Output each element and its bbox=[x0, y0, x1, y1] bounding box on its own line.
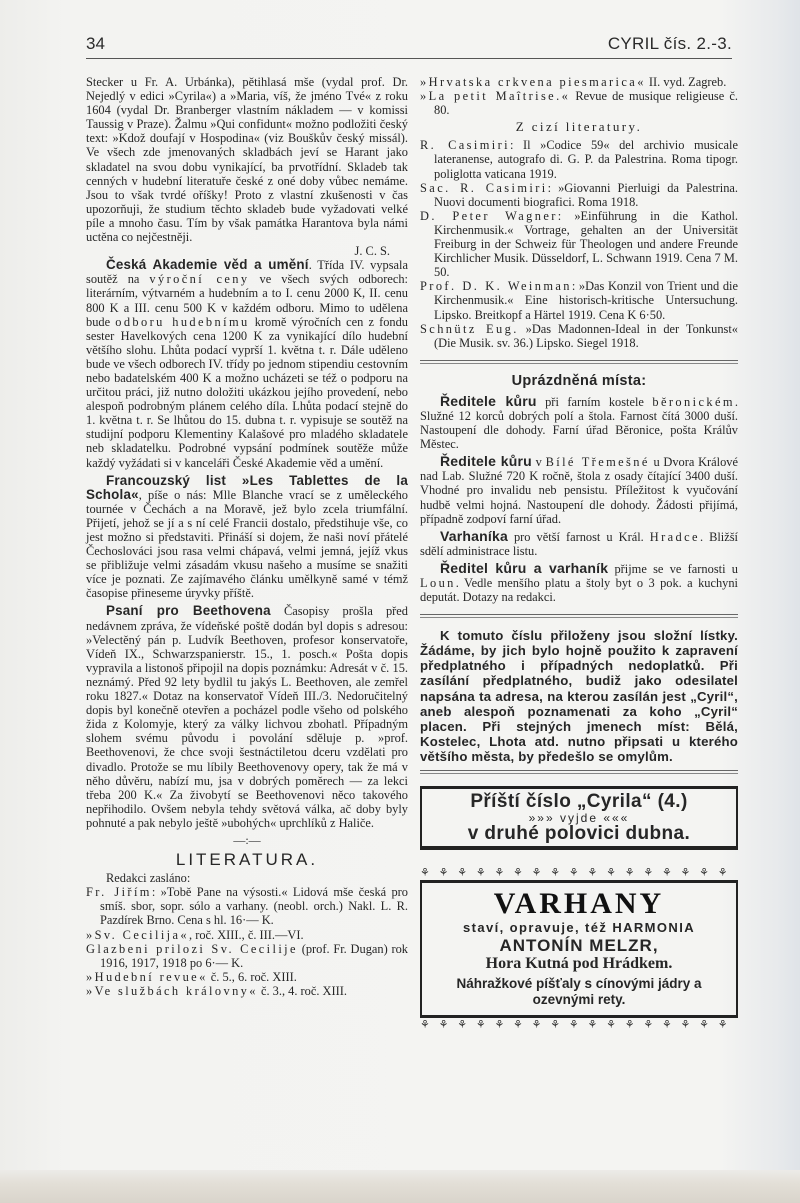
received-list-continued: »Hrvatska crkvena piesmarica« II. vyd. Z… bbox=[420, 75, 738, 117]
ornament-border-bottom: ⚘ ⚘ ⚘ ⚘ ⚘ ⚘ ⚘ ⚘ ⚘ ⚘ ⚘ ⚘ ⚘ ⚘ ⚘ ⚘ ⚘ ⚘ ⚘ ⚘ … bbox=[420, 1018, 738, 1032]
literature-entry: Glazbeni prilozi Sv. Cecilije (prof. Fr.… bbox=[86, 942, 408, 970]
right-column: »Hrvatska crkvena piesmarica« II. vyd. Z… bbox=[420, 75, 738, 1032]
section-rule bbox=[420, 360, 738, 364]
vacancy-heading: Ředitele kůru bbox=[440, 453, 532, 469]
foreign-literature-heading: Z cizí literatury. bbox=[420, 120, 738, 134]
beethoven-heading: Psaní pro Beethovena bbox=[106, 603, 271, 618]
vacancy-item: Ředitel kůru a varhaník přijme se ve far… bbox=[420, 561, 738, 604]
page-number: 34 bbox=[86, 34, 105, 54]
intro-paragraph: Stecker u Fr. A. Urbánka), pětihlasá mše… bbox=[86, 75, 408, 244]
vacancy-item: Ředitele kůru při farním kostele běronic… bbox=[420, 394, 738, 451]
publication-title: CYRIL čís. 2.-3. bbox=[608, 34, 732, 54]
header-rule bbox=[86, 58, 732, 59]
organ-advertisement: ⚘ ⚘ ⚘ ⚘ ⚘ ⚘ ⚘ ⚘ ⚘ ⚘ ⚘ ⚘ ⚘ ⚘ ⚘ ⚘ ⚘ ⚘ ⚘ ⚘ … bbox=[420, 866, 738, 1031]
foreign-literature-entry: Schnütz Eug. »Das Madonnen-Ideal in der … bbox=[420, 322, 738, 350]
foreign-literature-list: R. Casimiri: Il »Codice 59« del archivio… bbox=[420, 138, 738, 349]
next-issue-box: Příští číslo „Cyrila“ (4.) »»» vyjde «««… bbox=[420, 786, 738, 850]
subscription-notice: K tomuto číslu přiloženy jsou složní lís… bbox=[420, 628, 738, 764]
ad-line-name: ANTONÍN MELZR, bbox=[428, 939, 730, 953]
foreign-literature-entry: Sac. R. Casimiri: »Giovanni Pierluigi da… bbox=[420, 181, 738, 209]
vacancy-heading: Ředitele kůru bbox=[440, 393, 537, 409]
vacancies-title: Uprázdněná místa: bbox=[420, 374, 738, 388]
literature-list: Fr. Jiřím: »Tobě Pane na výsosti.« Lidov… bbox=[86, 885, 408, 998]
ornament-border-top: ⚘ ⚘ ⚘ ⚘ ⚘ ⚘ ⚘ ⚘ ⚘ ⚘ ⚘ ⚘ ⚘ ⚘ ⚘ ⚘ ⚘ ⚘ ⚘ ⚘ … bbox=[420, 866, 738, 880]
ad-line-place: Hora Kutná pod Hrádkem. bbox=[428, 957, 730, 971]
vacancy-heading: Varhaníka bbox=[440, 528, 508, 544]
section-rule bbox=[420, 614, 738, 618]
literature-entry: »Hrvatska crkvena piesmarica« II. vyd. Z… bbox=[420, 75, 738, 89]
running-header: 34 CYRIL čís. 2.-3. bbox=[86, 32, 732, 62]
foreign-literature-entry: D. Peter Wagner: »Einführung in die Kath… bbox=[420, 209, 738, 279]
next-issue-line3: v druhé polovici dubna. bbox=[428, 827, 730, 841]
literatura-title: LITERATURA. bbox=[86, 853, 408, 867]
literature-entry: »La petit Maîtrise.« Revue de musique re… bbox=[420, 89, 738, 117]
foreign-literature-entry: Prof. D. K. Weinman: »Das Konzil von Tri… bbox=[420, 279, 738, 321]
vacancy-heading: Ředitel kůru a varhaník bbox=[440, 560, 608, 576]
akademie-article: Česká Akademie věd a umění. Třída IV. vy… bbox=[86, 258, 408, 469]
section-rule bbox=[420, 770, 738, 774]
foreign-literature-entry: R. Casimiri: Il »Codice 59« del archivio… bbox=[420, 138, 738, 180]
received-label: Redakci zasláno: bbox=[86, 871, 408, 885]
left-column: Stecker u Fr. A. Urbánka), pětihlasá mše… bbox=[86, 75, 408, 998]
akademie-heading: Česká Akademie věd a umění bbox=[106, 257, 309, 272]
beethoven-article: Psaní pro Beethovena Časopisy prošla pře… bbox=[86, 604, 408, 830]
literature-entry: Fr. Jiřím: »Tobě Pane na výsosti.« Lidov… bbox=[86, 885, 408, 927]
literature-entry: »Hudební revue« č. 5., 6. roč. XIII. bbox=[86, 970, 408, 984]
vacancy-item: Ředitele kůru v Bílé Třemešné u Dvora Kr… bbox=[420, 454, 738, 525]
section-separator: —:— bbox=[86, 833, 408, 847]
next-issue-line1: Příští číslo „Cyrila“ (4.) bbox=[428, 795, 730, 809]
ad-title: VARHANY bbox=[428, 887, 730, 921]
literature-entry: »Ve službách královny« č. 3., 4. roč. XI… bbox=[86, 984, 408, 998]
ad-line-pipes: Náhražkové píšťaly s cínovými jádry a oz… bbox=[428, 976, 730, 1008]
vacancy-item: Varhaníka pro větší farnost u Král. Hrad… bbox=[420, 529, 738, 558]
intro-signature: J. C. S. bbox=[86, 244, 408, 258]
page-fold-shadow bbox=[0, 1170, 800, 1203]
ad-box: VARHANY staví, opravuje, též HARMONIA AN… bbox=[420, 880, 738, 1017]
francouzsky-article: Francouzský list »Les Tablettes de la Sc… bbox=[86, 474, 408, 601]
vacancies-list: Ředitele kůru při farním kostele běronic… bbox=[420, 394, 738, 604]
ad-line-services: staví, opravuje, též HARMONIA bbox=[428, 921, 730, 935]
literature-entry: »Sv. Cecilija«, roč. XIII., č. III.—VI. bbox=[86, 928, 408, 942]
